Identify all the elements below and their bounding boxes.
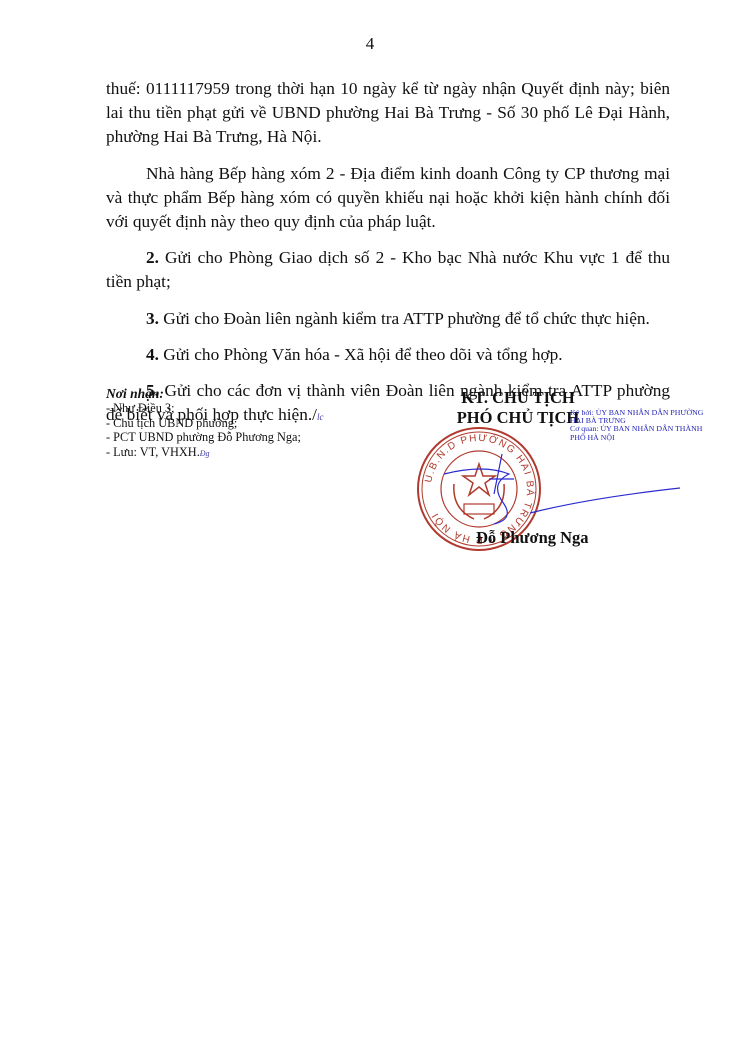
paragraph-item-2: 2. Gửi cho Phòng Giao dịch số 2 - Kho bạ…	[106, 246, 670, 294]
signature-title-1: KT. CHỦ TỊCH	[423, 388, 613, 408]
paragraph-item-3: 3. Gửi cho Đoàn liên ngành kiểm tra ATTP…	[106, 307, 670, 331]
signer-name: Đỗ Phương Nga	[476, 528, 589, 548]
recipient-item: - PCT UBND phường Đỗ Phương Nga;	[106, 430, 301, 444]
digital-signature-info: Ký bởi: ỦY BAN NHÂN DÂN PHƯỜNG HAI BÀ TR…	[570, 409, 730, 442]
recipients-block: Nơi nhận: - Như Điều 3; - Chủ tịch UBND …	[106, 387, 301, 461]
signature-stroke-icon	[530, 478, 680, 518]
initials-mark: lc	[317, 412, 324, 422]
paragraph-continuation: thuế: 0111117959 trong thời hạn 10 ngày …	[106, 77, 670, 150]
paragraph-appeal-rights: Nhà hàng Bếp hàng xóm 2 - Địa điểm kinh …	[106, 162, 670, 235]
initials-mark: Đg	[200, 449, 210, 458]
recipients-title: Nơi nhận:	[106, 387, 301, 401]
paragraph-item-4: 4. Gửi cho Phòng Văn hóa - Xã hội để the…	[106, 343, 670, 367]
recipient-item: - Lưu: VT, VHXH.Đg	[106, 445, 301, 461]
page-number: 4	[0, 34, 740, 54]
recipient-item: - Như Điều 3;	[106, 401, 301, 415]
recipient-item: - Chủ tịch UBND phường;	[106, 416, 301, 430]
